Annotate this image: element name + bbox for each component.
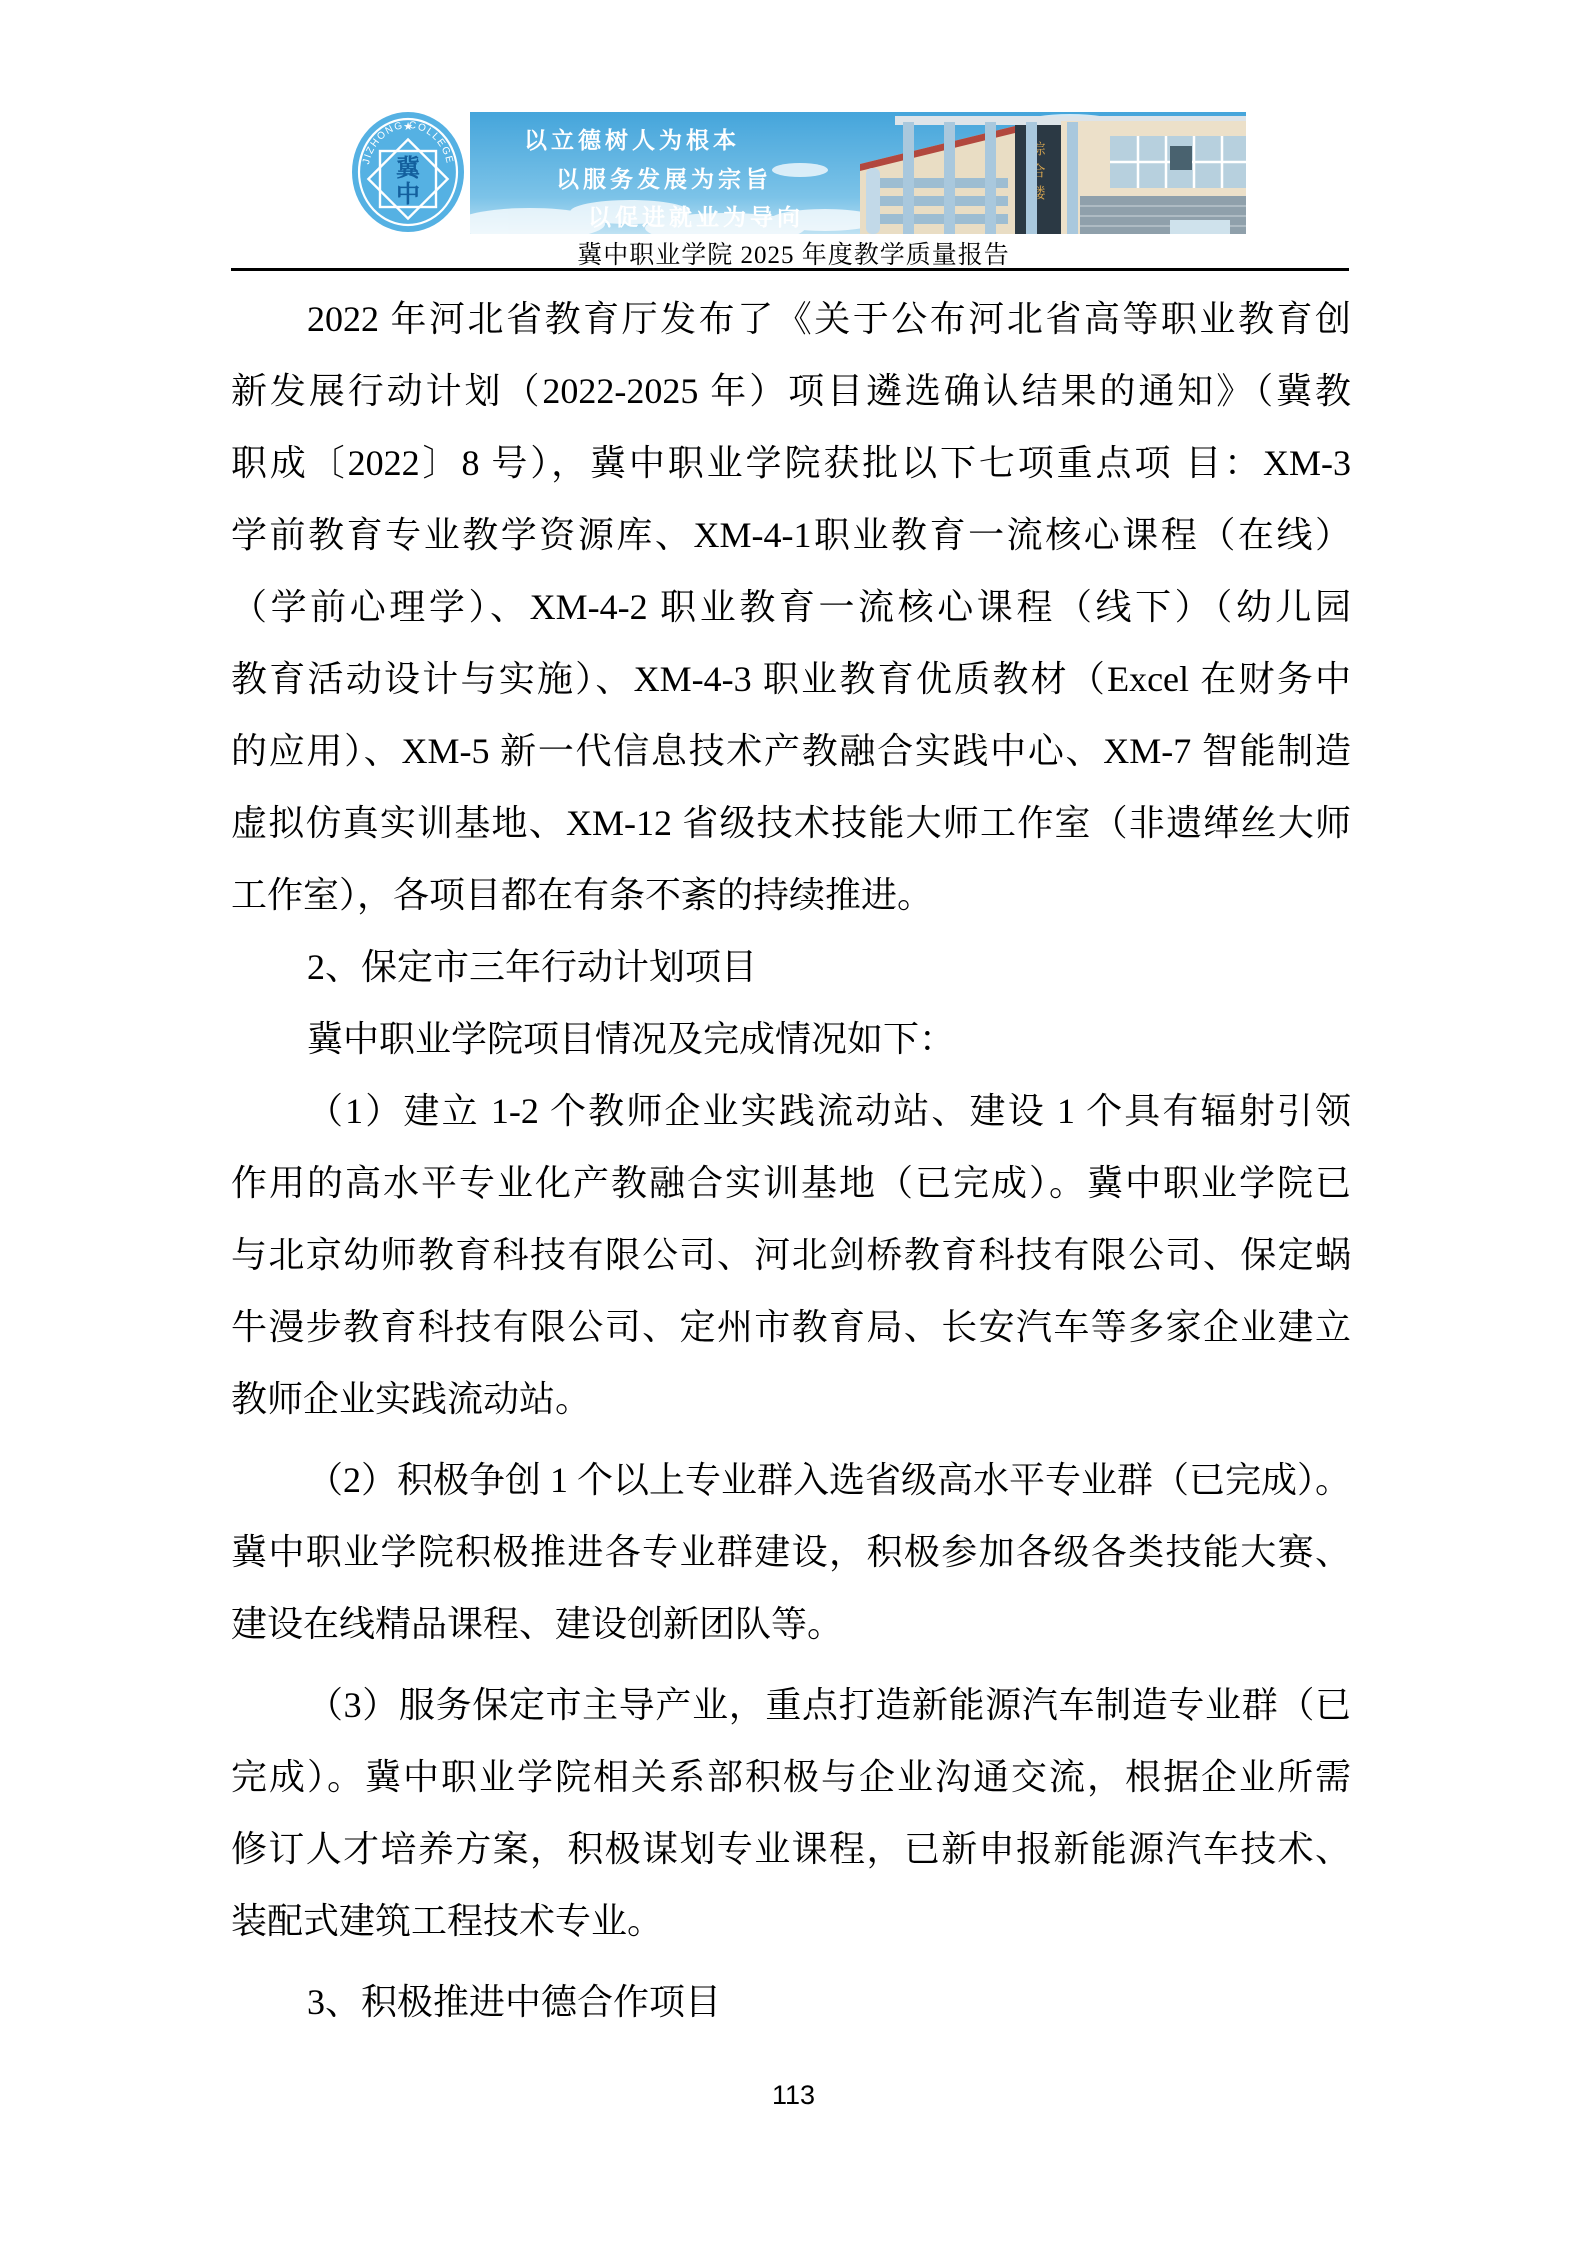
paragraph: 2022 年河北省教育厅发布了《关于公布河北省高等职业教育创 新发展行动计划（2… — [231, 283, 1351, 931]
paragraph-heading: 3、积极推进中德合作项目 — [231, 1966, 1351, 2038]
paragraph: （2）积极争创 1 个以上专业群入选省级高水平专业群（已完成）。 冀中职业学院积… — [231, 1444, 1351, 1660]
glass-stairwell — [866, 168, 880, 234]
report-header-title: 冀中职业学院 2025 年度教学质量报告 — [0, 235, 1587, 271]
document-body: 2022 年河北省教育厅发布了《关于公布河北省高等职业教育创 新发展行动计划（2… — [231, 283, 1351, 2038]
body-line: 牛漫步教育科技有限公司、定州市教育局、长安汽车等多家企业建立 — [231, 1291, 1351, 1363]
body-line: 教育活动设计与实施）、XM-4-3 职业教育优质教材（Excel 在财务中 — [231, 643, 1351, 715]
body-line: （1）建立 1-2 个教师企业实践流动站、建设 1 个具有辐射引领 — [231, 1075, 1351, 1147]
paragraph-heading: 2、保定市三年行动计划项目 — [231, 931, 1351, 1003]
page-number: 113 — [0, 2080, 1587, 2111]
body-line: 教师企业实践流动站。 — [231, 1363, 1351, 1435]
logo-star-icon: ★ — [403, 121, 413, 133]
body-line: 修订人才培养方案，积极谋划专业课程，已新申报新能源汽车技术、 — [231, 1813, 1351, 1885]
body-line: 作用的高水平专业化产教融合实训基地（已完成）。冀中职业学院已 — [231, 1147, 1351, 1219]
body-line: 新发展行动计划（2022-2025 年）项目遴选确认结果的通知》（冀教 — [231, 355, 1351, 427]
banner-slogan-1: 以立德树人为根本 — [524, 127, 740, 153]
paragraph: （3）服务保定市主导产业，重点打造新能源汽车制造专业群（已 完成）。冀中职业学院… — [231, 1669, 1351, 1957]
header-banner-photo: 综 合 楼 — [470, 112, 1246, 234]
body-line: 建设在线精品课程、建设创新团队等。 — [231, 1588, 1351, 1660]
body-line: 装配式建筑工程技术专业。 — [231, 1885, 1351, 1957]
college-logo-seal: JIZHONG COLLEGE ★ 冀 中 — [349, 110, 467, 234]
banner-illustration: 综 合 楼 — [470, 112, 1246, 234]
body-line: 冀中职业学院项目情况及完成情况如下： — [231, 1003, 1351, 1075]
body-line: 学前教育专业教学资源库、XM-4-1职业教育一流核心课程（在线） — [231, 499, 1351, 571]
logo-char-top: 冀 — [396, 154, 421, 182]
body-line: （2）积极争创 1 个以上专业群入选省级高水平专业群（已完成）。 — [231, 1444, 1351, 1516]
body-line: （学前心理学）、XM-4-2 职业教育一流核心课程（线下）（幼儿园 — [231, 571, 1351, 643]
lower-window — [1170, 220, 1230, 234]
body-line: 冀中职业学院积极推进各专业群建设，积极参加各级各类技能大赛、 — [231, 1516, 1351, 1588]
paragraph: （1）建立 1-2 个教师企业实践流动站、建设 1 个具有辐射引领 作用的高水平… — [231, 1075, 1351, 1435]
logo-char-bottom: 中 — [396, 181, 420, 208]
body-line: （3）服务保定市主导产业，重点打造新能源汽车制造专业群（已 — [231, 1669, 1351, 1741]
body-line: 职成〔2022〕8 号），冀中职业学院获批以下七项重点项 目：XM-3 — [231, 427, 1351, 499]
college-logo: JIZHONG COLLEGE ★ 冀 中 — [349, 110, 467, 234]
banner-slogan-2: 以服务发展为宗旨 — [556, 166, 772, 192]
document-page: JIZHONG COLLEGE ★ 冀 中 — [0, 0, 1587, 2245]
open-window — [1170, 146, 1192, 170]
body-line: 与北京幼师教育科技有限公司、河北剑桥教育科技有限公司、保定蜗 — [231, 1219, 1351, 1291]
body-line: 虚拟仿真实训基地、XM-12 省级技术技能大师工作室（非遗缂丝大师 — [231, 787, 1351, 859]
banner-slogan-3: 以促进就业为导向 — [588, 205, 804, 230]
body-line: 完成）。冀中职业学院相关系部积极与企业沟通交流，根据企业所需 — [231, 1741, 1351, 1813]
paragraph: 冀中职业学院项目情况及完成情况如下： — [231, 1003, 1351, 1075]
body-line: 2、保定市三年行动计划项目 — [231, 931, 1351, 1003]
body-line: 3、积极推进中德合作项目 — [231, 1966, 1351, 2038]
body-line: 工作室），各项目都在有条不紊的持续推进。 — [231, 859, 1351, 931]
body-line: 2022 年河北省教育厅发布了《关于公布河北省高等职业教育创 — [231, 283, 1351, 355]
body-line: 的应用）、XM-5 新一代信息技术产教融合实践中心、XM-7 智能制造 — [231, 715, 1351, 787]
header-divider — [231, 268, 1349, 271]
